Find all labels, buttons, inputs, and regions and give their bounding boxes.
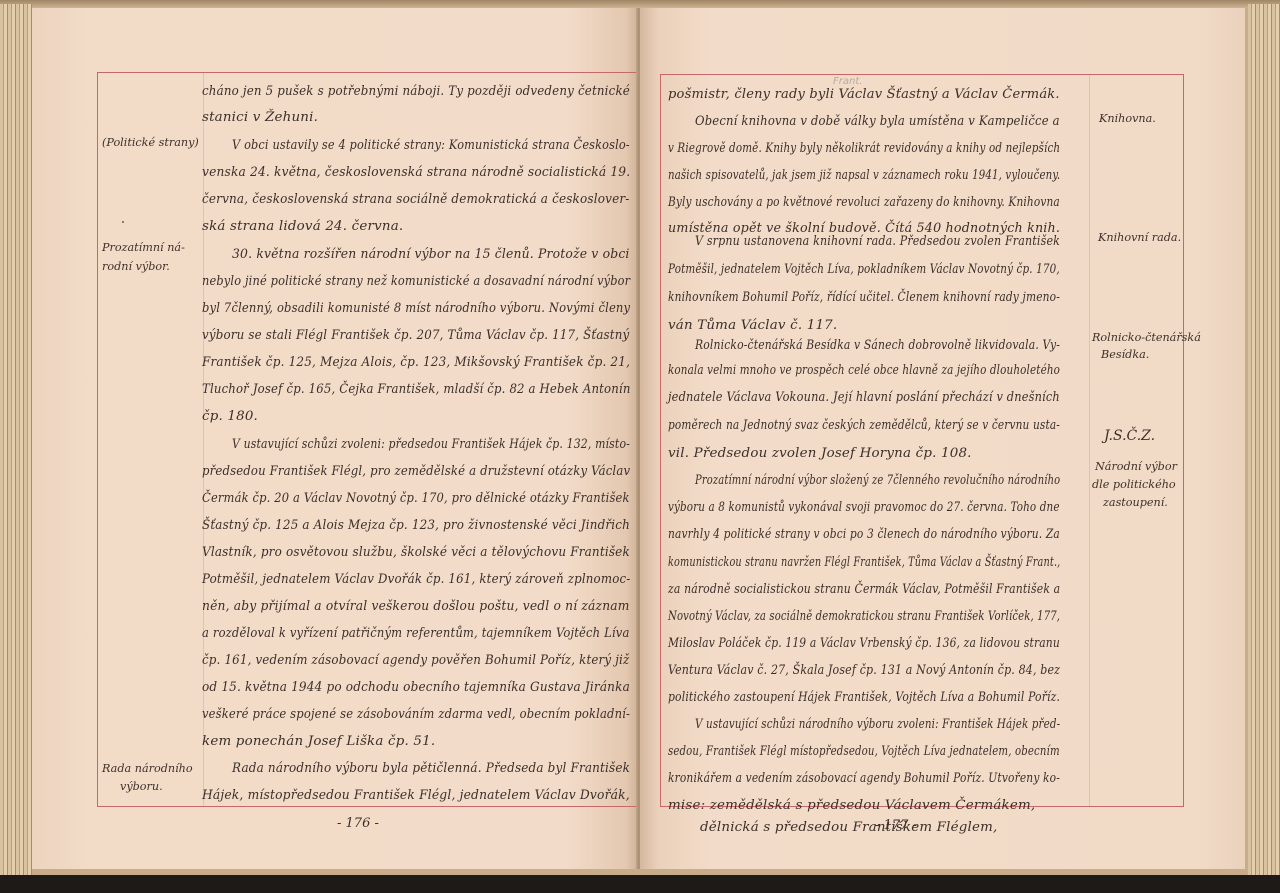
body-line: V ustavující schůzi zvoleni: předsedou F… [232, 437, 630, 452]
body-line: nebylo jiné politické strany než komunis… [202, 274, 630, 289]
page-number-177: - 177 - [875, 818, 917, 833]
body-line: Rolnicko-čtenářská Besídka v Sánech dobr… [695, 338, 1060, 353]
body-line: komunistickou stranu navržen Flégl Frant… [668, 555, 1060, 570]
body-line: byl 7členný, obsadili komunisté 8 míst n… [202, 301, 630, 316]
margin-note-nv-3: zastoupení. [1103, 496, 1168, 509]
right-page-stack-edge [1248, 4, 1280, 875]
body-line: Potměšil, jednatelem Václav Dvořák čp. 1… [202, 572, 630, 587]
margin-note-knihovni-rada: Knihovní rada. [1098, 231, 1181, 244]
margin-note-politicke-strany: (Politické strany) [102, 136, 199, 149]
body-line: Obecní knihovna v době války byla umístě… [695, 114, 1060, 129]
body-line: dělnická s předsedou Františkem Fléglem, [700, 820, 998, 835]
body-line: V srpnu ustanovena knihovní rada. Předse… [695, 234, 1060, 249]
left-page-stack-edge [0, 4, 32, 875]
body-line: Čermák čp. 20 a Václav Novotný čp. 170, … [202, 491, 630, 506]
body-line: Rada národního výboru byla pětičlenná. P… [232, 761, 630, 776]
body-line: ská strana lidová 24. června. [202, 219, 403, 234]
margin-note-nv-2: dle politického [1092, 478, 1176, 491]
body-line: výboru se stali Flégl František čp. 207,… [202, 328, 629, 343]
body-line: čp. 161, vedením zásobovací agendy pověř… [202, 653, 629, 668]
body-line: od 15. května 1944 po odchodu obecního t… [202, 680, 630, 695]
margin-note-besidka-2: Besídka. [1101, 348, 1149, 361]
book-top-edge [0, 0, 1280, 8]
body-line: knihovníkem Bohumil Poříz, řídící učitel… [668, 290, 1060, 305]
body-line: V obci ustavily se 4 politické strany: K… [232, 138, 630, 153]
body-line: výboru a 8 komunistů vykonával svoji pra… [668, 500, 1060, 515]
left-page: (Politické strany) Prozatímní ná- rodní … [32, 8, 638, 869]
body-line: Ventura Václav č. 27, Škala Josef čp. 13… [668, 663, 1060, 678]
body-line: Prozatímní národní výbor složený ze 7čle… [695, 473, 1060, 488]
body-line: jednatele Václava Vokouna. Její hlavní p… [668, 390, 1060, 405]
body-line: něn, aby přijímal a otvíral veškerou doš… [202, 599, 630, 614]
page-number-176: - 176 - [337, 816, 379, 831]
body-line: konala velmi mnoho ve prospěch celé obce… [668, 363, 1060, 378]
margin-column-rule [1089, 75, 1090, 806]
ink-dot [122, 221, 124, 223]
body-line: 30. května rozšířen národní výbor na 15 … [232, 247, 630, 262]
body-line: Šťastný čp. 125 a Alois Mejza čp. 123, p… [202, 518, 630, 533]
margin-note-rada-1: Rada národního [102, 762, 193, 775]
margin-note-besidka-1: Rolnicko-čtenářská [1092, 331, 1201, 344]
body-line: pošmistr, členy rady byli Václav Šťastný… [668, 87, 1060, 102]
body-line: František čp. 125, Mejza Alois, čp. 123,… [202, 355, 630, 370]
body-line: a rozděloval k vyřízení patřičným refere… [202, 626, 630, 641]
body-line: sedou, František Flégl místopředsedou, V… [668, 744, 1060, 759]
margin-column-rule [203, 73, 204, 806]
body-line: předsedou František Flégl, pro zemědělsk… [202, 464, 630, 479]
body-line: navrhly 4 politické strany v obci po 3 č… [668, 527, 1060, 542]
body-line: Potměšil, jednatelem Vojtěch Líva, pokla… [668, 262, 1060, 277]
body-line: V ustavující schůzi národního výboru zvo… [695, 717, 1060, 732]
margin-note-prozatimni-vybor-1: Prozatímní ná- [102, 241, 185, 254]
margin-note-knihovna: Knihovna. [1099, 112, 1156, 125]
margin-note-rada-2: výboru. [120, 780, 163, 793]
margin-note-nv-1: Národní výbor [1095, 460, 1177, 473]
body-line: mise: zemědělská s předsedou Václavem Če… [668, 798, 1035, 813]
body-line: ván Tůma Václav č. 117. [668, 318, 837, 333]
body-line: Novotný Václav, za sociálně demokraticko… [668, 609, 1060, 624]
body-line: cháno jen 5 pušek s potřebnými náboji. T… [202, 84, 630, 99]
open-book: (Politické strany) Prozatímní ná- rodní … [0, 0, 1280, 875]
body-line: června, československá strana sociálně d… [202, 192, 630, 207]
body-line: za národně socialistickou stranu Čermák … [668, 582, 1060, 597]
body-line: v Riegrově domě. Knihy byly několikrát r… [668, 141, 1060, 156]
body-line: Byly uschovány a po květnové revoluci za… [668, 195, 1060, 210]
right-page: Frant. Knihovna. Knihovní rada. Rolnicko… [640, 8, 1245, 869]
margin-note-jscz: J.S.Č.Z. [1104, 428, 1155, 444]
body-line: kronikářem a vedením zásobovací agendy B… [668, 771, 1060, 786]
pencil-annotation: Frant. [833, 76, 862, 87]
body-line: Miloslav Poláček čp. 119 a Václav Vrbens… [668, 636, 1060, 651]
body-line: politického zastoupení Hájek František, … [668, 690, 1060, 705]
body-line: kem ponechán Josef Liška čp. 51. [202, 734, 435, 749]
body-line: Hájek, místopředsedou František Flégl, j… [202, 788, 630, 803]
body-line: Vlastník, pro osvětovou službu, školské … [202, 545, 630, 560]
body-line: stanici v Žehuni. [202, 110, 318, 125]
body-line: čp. 180. [202, 409, 258, 424]
body-line: venska 24. května, československá strana… [202, 165, 630, 180]
margin-note-prozatimni-vybor-2: rodní výbor. [102, 260, 170, 273]
body-line: poměrech na Jednotný svaz českých zemědě… [668, 418, 1060, 433]
body-line: našich spisovatelů, jak jsem již napsal … [668, 168, 1060, 183]
body-line: vil. Předsedou zvolen Josef Horyna čp. 1… [668, 446, 972, 461]
body-line: Tluchoř Josef čp. 165, Čejka František, … [202, 382, 631, 397]
body-line: veškeré práce spojené se zásobováním zda… [202, 707, 630, 722]
